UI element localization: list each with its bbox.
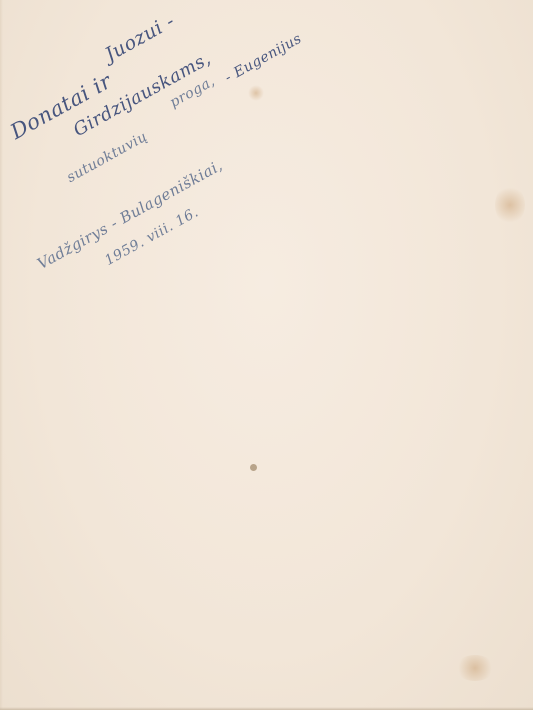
inscription-line-3c: - Eugenijus [222,31,304,86]
inscription-line-1-juozui: Juozui - [101,10,178,66]
page-left-edge [0,0,3,710]
paper-spot [250,464,257,471]
paper-stain [495,185,525,225]
paper-stain [455,655,495,681]
paper-page: Donatai ir Juozui - Girdzijauskams, sutu… [0,0,533,710]
paper-stain [248,85,264,101]
